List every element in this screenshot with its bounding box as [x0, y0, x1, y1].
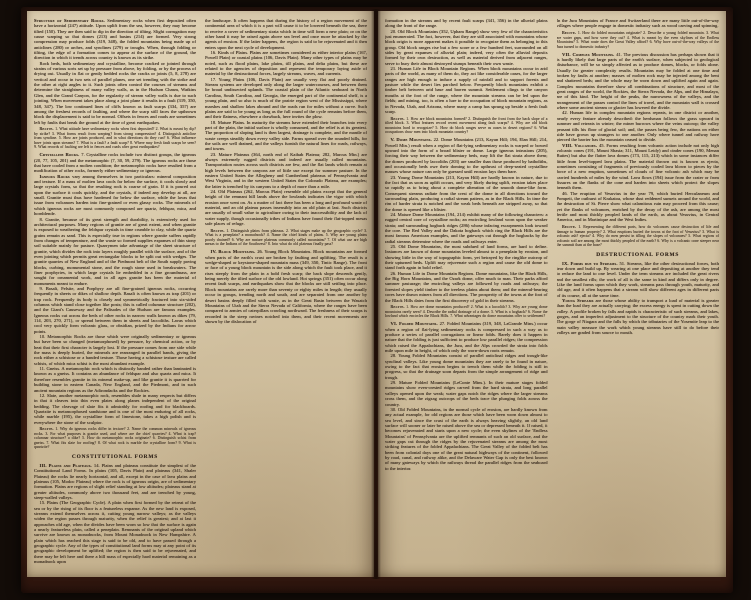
paragraph: IX. Forms due to Streams. 51. Streams, l… — [557, 261, 720, 298]
paragraph: the landscape. It often happens that dur… — [205, 18, 367, 50]
paragraph-lead: VII. Complex Mountains. — [562, 52, 616, 57]
paragraph-lead: Recite. — [562, 31, 578, 35]
paragraph-lead: Recite. — [390, 305, 406, 309]
paragraph: 23. Young Dome Mountains (213, Kayan Hil… — [385, 175, 548, 212]
right-page-column-1: formation in the streams and by recent f… — [385, 18, 548, 570]
paragraph-lead: IX. Forms due to Streams. — [562, 261, 619, 266]
paragraph-lead: Recite. — [210, 229, 226, 233]
fineprint-block: Recite. 1. What attitude have sedimentar… — [34, 127, 196, 150]
paragraph: III. Plains and Plateaus. 14. Plains and… — [34, 463, 196, 500]
paragraph: 21. Human Life in Block Mountain Regions… — [385, 66, 548, 114]
left-page-column-2: the landscape. It often happens that dur… — [205, 18, 367, 570]
paragraph: 18. Mature Plains. In maturity the strea… — [205, 120, 367, 152]
paragraph-lead: Structure of Sedimentary Rocks. — [34, 18, 107, 23]
fineprint-block: Recite. 1. How are block mountains forme… — [385, 117, 548, 135]
paragraph: 17. Young Plains (106, Davis Plain) are … — [205, 77, 367, 120]
paragraph: 28. Young Folded Mountains consist of pa… — [385, 353, 548, 380]
paragraph: 12. Slate, another metamorphic rock, res… — [34, 393, 196, 425]
right-page-columns: formation in the streams and by recent f… — [378, 11, 726, 577]
paragraph: VII. Complex Mountains. 41. The previous… — [557, 52, 720, 111]
paragraph: 46. The eruption of Vesuvius in the year… — [557, 191, 720, 223]
left-page-column-1: Structure of Sedimentary Rocks. Sediment… — [34, 18, 196, 570]
paragraph: 29. Mature Folded Mountains (LeConte Mtn… — [385, 380, 548, 407]
paragraph-lead: Recite. — [562, 225, 578, 229]
paragraph: 26. Human Life in Dome Mountain Regions.… — [385, 271, 548, 303]
paragraph: 24. Mature Dome Mountains (194, 214) exh… — [385, 212, 548, 244]
paragraph: Structure of Sedimentary Rocks. Sediment… — [34, 18, 196, 61]
paragraph: 16. Kinds of Plains. Plains are sometime… — [205, 50, 367, 77]
paragraph-lead: Recite. — [39, 427, 55, 431]
paragraph-lead: Recite. — [39, 127, 55, 131]
paragraph-lead: VIII. Volcanoes. — [562, 143, 599, 148]
fineprint-block: Recite. 1. Why do igneous rocks differ i… — [34, 427, 196, 450]
left-page: Structure of Sedimentary Rocks. Sediment… — [27, 11, 374, 577]
photographed-book-spread: { "palette":{"background":"#130c08","cov… — [0, 0, 751, 600]
paragraph: 25. Old Dome Mountains, the most subdued… — [385, 244, 548, 271]
paragraph: 11. Gneiss. A metamorphic rock which is … — [34, 366, 196, 393]
paragraph-lead: V. Dome Mountains. — [391, 137, 434, 142]
right-page-column-2: In the Jura Mountains of France and Swit… — [557, 18, 720, 570]
left-page-columns: Structure of Sedimentary Rocks. Sediment… — [27, 11, 374, 577]
paragraph: Igneous Rocks vary among themselves in t… — [34, 174, 196, 217]
paragraph: 30. Old Folded Mountains, in the normal … — [385, 407, 548, 471]
paragraph: VI. Folded Mountains. 27. Folded Mountai… — [385, 321, 548, 353]
paragraph-lead: Recite. — [390, 117, 406, 121]
paragraph: 42. Human life in complex mountain regio… — [557, 110, 720, 142]
paragraph: 8. Granite, because of its great strengt… — [34, 217, 196, 286]
paragraph: 10. Metamorphic Rocks are those which we… — [34, 334, 196, 366]
paragraph: Rock beds, both sedimentary and crystall… — [34, 61, 196, 125]
paragraph: 20. Old Block Mountains (352, Upham Rang… — [385, 29, 548, 66]
section-heading: CONSTITUTIONAL FORMS — [34, 454, 196, 460]
fineprint-block: Recite. 1. How are dome mountains produc… — [385, 305, 548, 319]
paragraph-lead: Crystalline Rocks. — [40, 152, 82, 157]
paragraph: formation in the streams and by recent f… — [385, 18, 548, 29]
fineprint-block: Recite. 1. Distinguish plains from plate… — [205, 229, 367, 247]
paragraph: IV. Block Mountains. 26. Young Block Mou… — [205, 249, 367, 324]
paragraph: 15. Plains (The Geographic Cycle). A pla… — [34, 500, 196, 564]
right-page: formation in the streams and by recent f… — [378, 11, 726, 577]
section-heading: DESTRUCTIONAL FORMS — [557, 252, 720, 258]
paragraph: Young Streams are those whose ability to… — [557, 298, 720, 335]
paragraph-lead: VI. Folded Mountains. — [391, 321, 440, 326]
fineprint-block: Recite. 1. Representing the different pa… — [557, 225, 720, 248]
paragraph-lead: III. Plains and Plateaus. — [40, 463, 94, 468]
paragraph: In the Jura Mountains of France and Swit… — [557, 18, 720, 29]
fineprint-block: Recite. 1. How do folded mountains origi… — [557, 31, 720, 49]
paragraph-lead: Young Streams — [562, 298, 595, 303]
paragraph-lead: Igneous Rocks — [40, 174, 73, 179]
paragraph: VIII. Volcanoes. 45. Forms resulting fro… — [557, 143, 720, 191]
paragraph: 9. Basalt, Felsite, and Porphyry are all… — [34, 286, 196, 334]
paragraph: V. Dome Mountains. 22. Dome Mountains (2… — [385, 137, 548, 174]
page-gutter-shadow — [371, 9, 381, 579]
paragraph: 23. Mature Plateaus (364, north end of K… — [205, 152, 367, 189]
paragraph: Crystalline Rocks. 7. Crystalline rocks … — [34, 152, 196, 173]
paragraph: 24. Old Plateaus (262, Marcus Plain) res… — [205, 189, 367, 226]
paragraph-lead: IV. Block Mountains. — [211, 249, 258, 254]
